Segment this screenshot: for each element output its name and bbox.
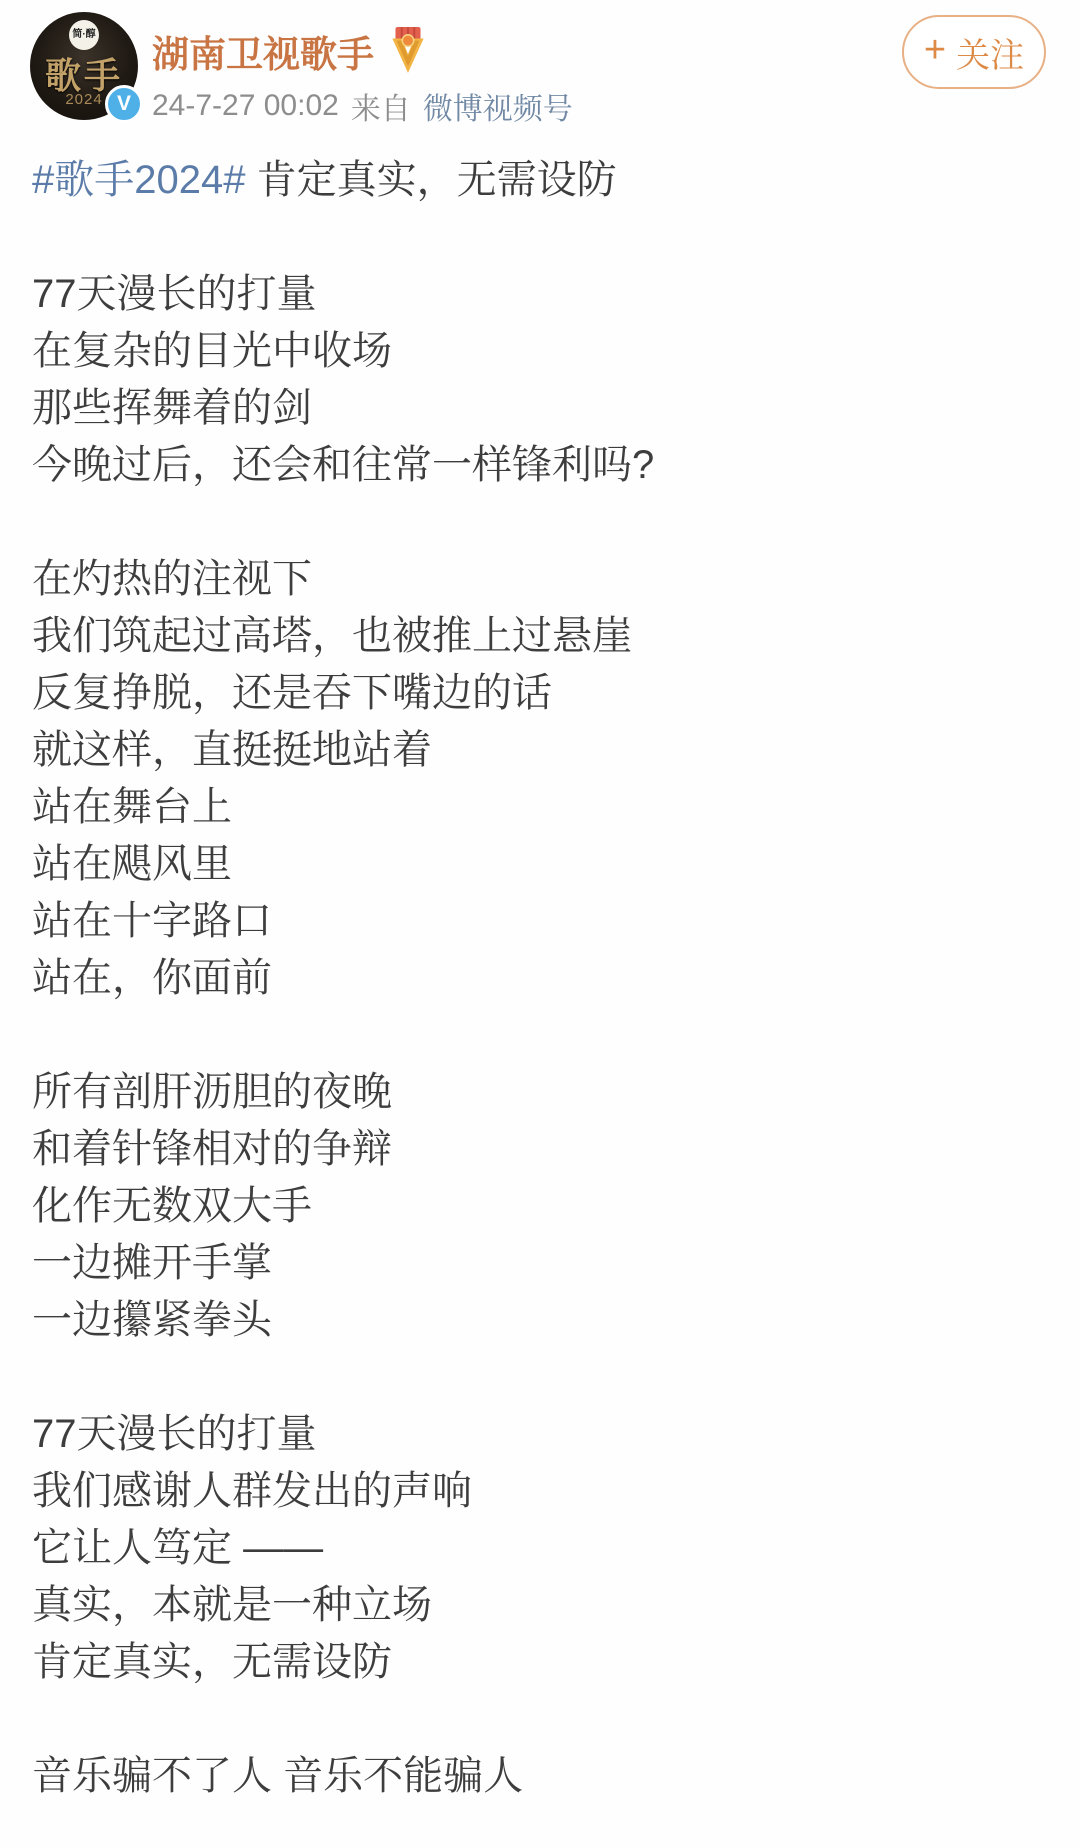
gold-medal-icon	[386, 27, 430, 75]
verified-v-icon: V	[105, 85, 143, 123]
username[interactable]: 湖南卫视歌手	[152, 24, 374, 78]
timestamp: 24-7-27 00:02	[152, 89, 339, 123]
plus-icon: +	[924, 31, 946, 69]
post-body-text: 77天漫长的打量 在复杂的目光中收场 那些挥舞着的剑 今晚过后，还会和往常一样锋…	[32, 266, 1042, 1805]
weibo-post: 简·醇 歌手 2024 V 湖南卫视歌手 24-7-27 00:02 来自 微博…	[0, 0, 1080, 1848]
source-prefix: 来自	[351, 84, 411, 128]
follow-button[interactable]: + 关注	[902, 15, 1046, 89]
avatar[interactable]: 简·醇 歌手 2024 V	[30, 12, 138, 120]
username-row: 湖南卫视歌手	[152, 24, 430, 78]
hashtag-link[interactable]: #歌手2024#	[32, 158, 245, 202]
post-meta: 24-7-27 00:02 来自 微博视频号	[152, 84, 573, 128]
post-first-line: #歌手2024# 肯定真实，无需设防	[32, 152, 1042, 209]
source-link[interactable]: 微博视频号	[423, 84, 573, 128]
avatar-brand-logo: 简·醇	[69, 20, 99, 50]
post-content: #歌手2024# 肯定真实，无需设防 77天漫长的打量 在复杂的目光中收场 那些…	[32, 152, 1042, 1805]
follow-label: 关注	[956, 28, 1024, 77]
first-line-text: 肯定真实，无需设防	[245, 158, 616, 202]
